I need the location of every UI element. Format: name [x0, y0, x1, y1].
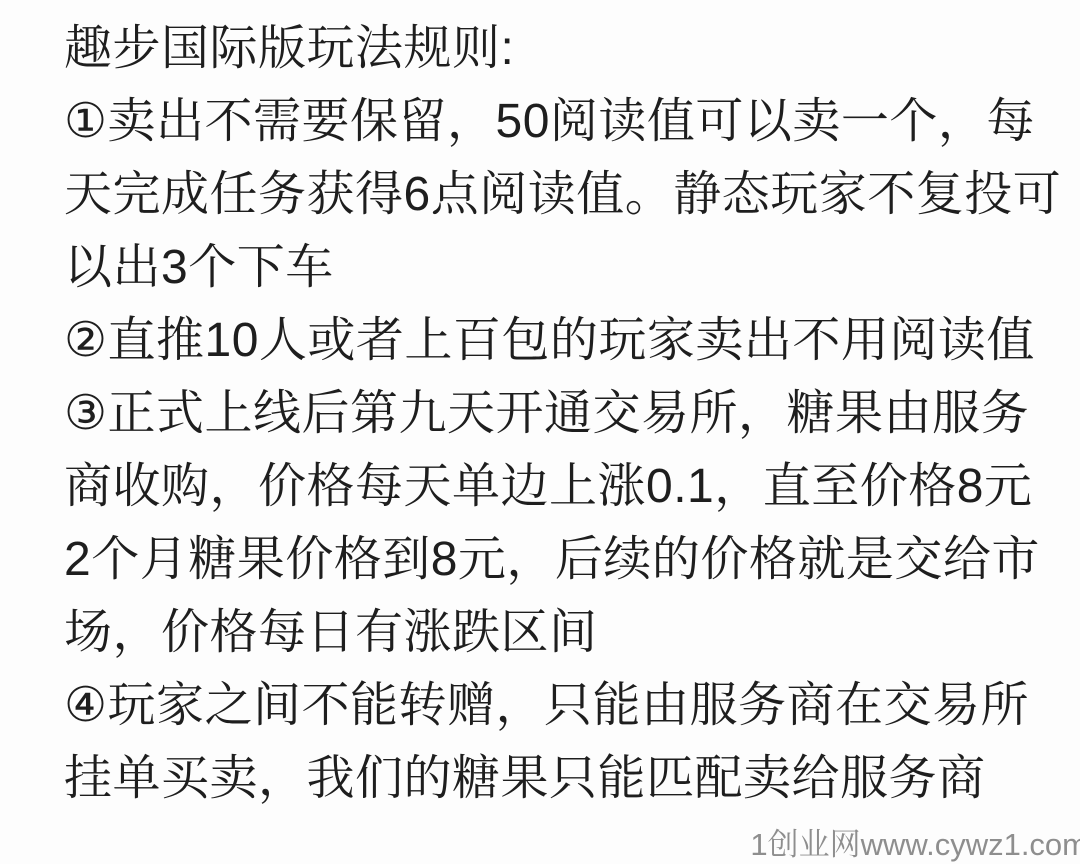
rules-line-6: 商收购，价格每天单边上涨0.1，直至价格8元 — [64, 450, 1044, 523]
rules-title: 趣步国际版玩法规则: — [64, 12, 1044, 85]
rules-line-8: 场，价格每日有涨跌区间 — [64, 596, 1044, 669]
rules-text-block: 趣步国际版玩法规则: ①卖出不需要保留，50阅读值可以卖一个，每 天完成任务获得… — [64, 12, 1044, 815]
watermark: 1创业网www.cywz1.com — [750, 828, 1080, 862]
rules-line-4: ②直推10人或者上百包的玩家卖出不用阅读值 — [64, 304, 1044, 377]
rules-line-9: ④玩家之间不能转赠，只能由服务商在交易所 — [64, 669, 1044, 742]
rules-line-5: ③正式上线后第九天开通交易所，糖果由服务 — [64, 377, 1044, 450]
rules-line-3: 以出3个下车 — [64, 231, 1044, 304]
rules-line-2: 天完成任务获得6点阅读值。静态玩家不复投可 — [64, 158, 1044, 231]
rules-line-10: 挂单买卖，我们的糖果只能匹配卖给服务商 — [64, 742, 1044, 815]
rules-line-7: 2个月糖果价格到8元，后续的价格就是交给市 — [64, 523, 1044, 596]
rules-line-1: ①卖出不需要保留，50阅读值可以卖一个，每 — [64, 85, 1044, 158]
